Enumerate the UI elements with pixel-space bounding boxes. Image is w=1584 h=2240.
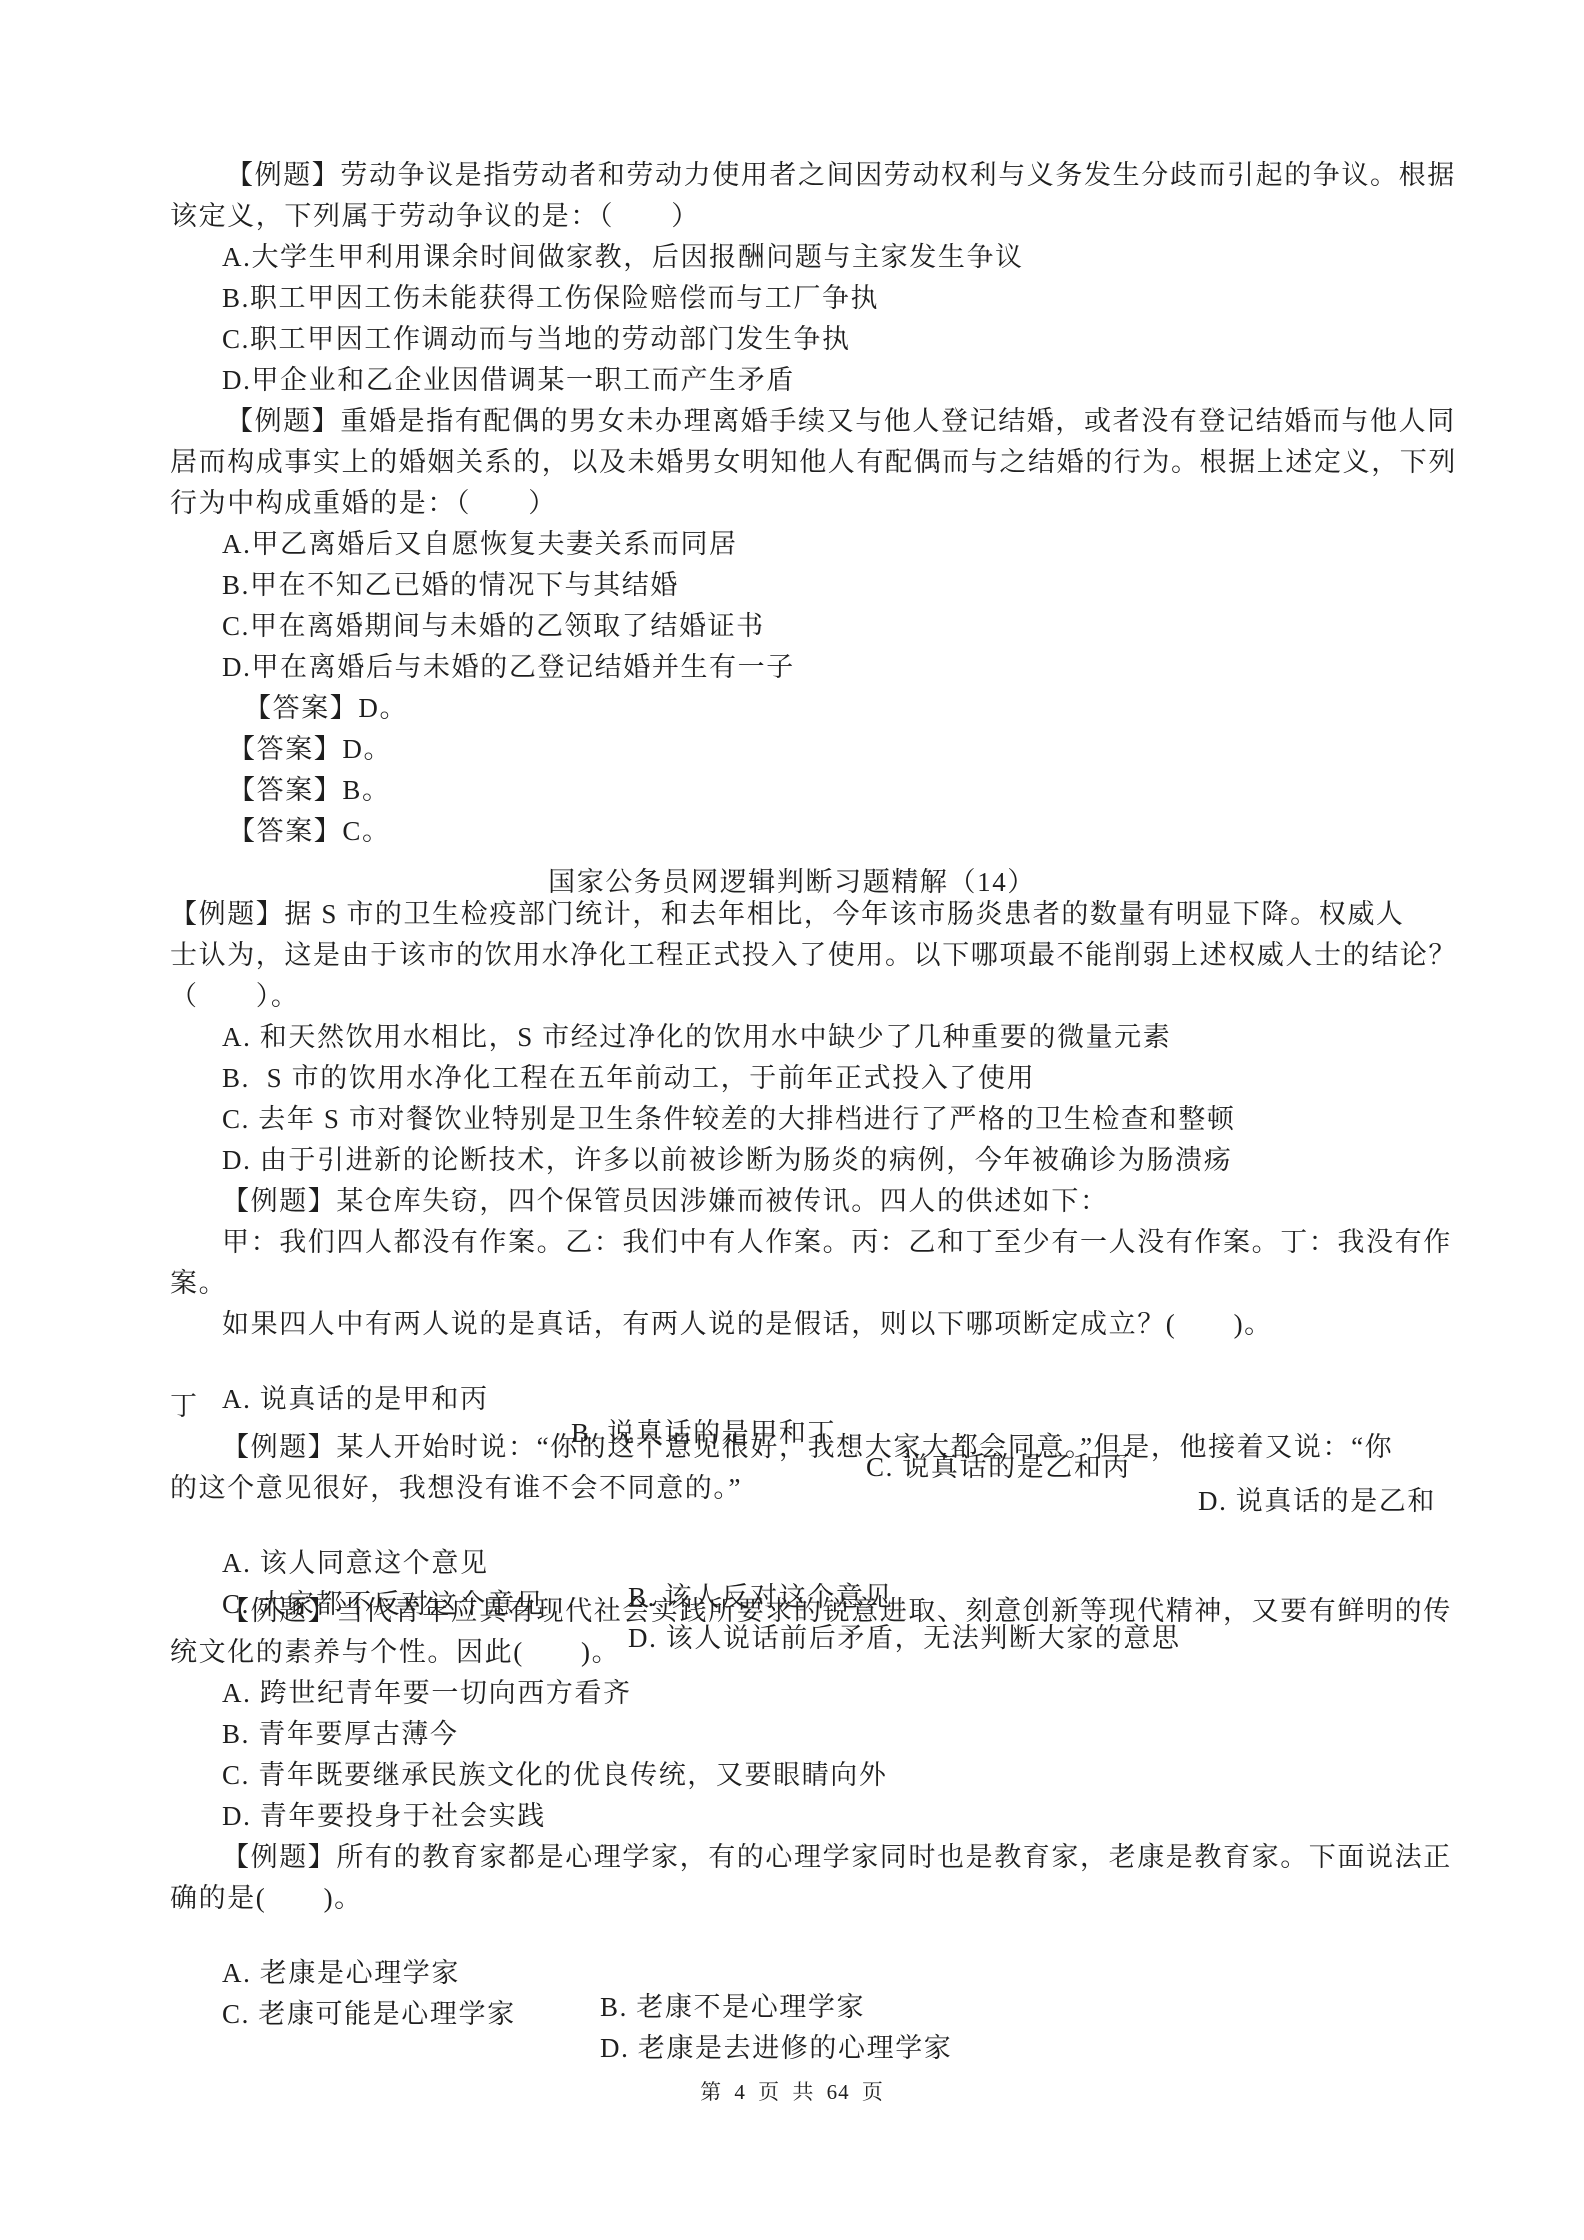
options-row: A. 老康是心理学家 B. 老康不是心理学家	[0, 1922, 1584, 1956]
options-row: A. 说真话的是甲和丙 B. 说真话的是甲和丁 C. 说真话的是乙和丙 D. 说…	[0, 1348, 1584, 1382]
option-d: D. 青年要投身于社会实践	[222, 1799, 546, 1833]
option-b: B. 青年要厚古薄今	[222, 1717, 459, 1751]
option-c: C. 青年既要继承民族文化的优良传统，又要眼睛向外	[222, 1758, 888, 1792]
options-row: C. 大家都不反对这个意见 D. 该人说话前后矛盾，无法判断大家的意思	[0, 1553, 1584, 1587]
answer-line: 【答案】D。	[244, 691, 408, 725]
option-a: A. 和天然饮用水相比，S 市经过净化的饮用水中缺少了几种重要的微量元素	[222, 1020, 1171, 1054]
option-b: B.职工甲因工伤未能获得工伤保险赔偿而与工厂争执	[222, 281, 879, 315]
option-c: C. 去年 S 市对餐饮业特别是卫生条件较差的大排档进行了严格的卫生检查和整顿	[222, 1102, 1235, 1136]
option-b: B.甲在不知乙已婚的情况下与其结婚	[222, 568, 679, 602]
question-stem-line: 【例题】当代青年应具有现代社会实践所要求的锐意进取、刻意创新等现代精神，又要有鲜…	[222, 1594, 1452, 1628]
option-d: D. 老康是去进修的心理学家	[600, 2031, 952, 2065]
question-stem-line: 【例题】所有的教育家都是心理学家，有的心理学家同时也是教育家，老康是教育家。下面…	[222, 1840, 1452, 1874]
document-page: 【例题】劳动争议是指劳动者和劳动力使用者之间因劳动权利与义务发生分歧而引起的争议…	[0, 0, 1584, 2240]
option-d: D. 由于引进新的论断技术，许多以前被诊断为肠炎的病例，今年被确诊为肠溃疡	[222, 1143, 1232, 1177]
question-stem-line: 该定义，下列属于劳动争议的是：（ ）	[170, 199, 700, 233]
question-stem-line: （ ）。	[170, 979, 300, 1013]
section-title: 国家公务员网逻辑判断习题精解（14）	[0, 865, 1584, 899]
question-stem-line: 甲：我们四人都没有作案。乙：我们中有人作案。丙：乙和丁至少有一人没有作案。丁：我…	[222, 1225, 1452, 1259]
question-stem-line: 居而构成事实上的婚姻关系的，以及未婚男女明知他人有配偶而与之结婚的行为。根据上述…	[170, 445, 1457, 479]
option-d: D.甲企业和乙企业因借调某一职工而产生矛盾	[222, 363, 795, 397]
question-stem-line: 【例题】某人开始时说：“你的这个意见很好，我想大家大都会同意。”但是，他接着又说…	[222, 1430, 1393, 1464]
option-c: C.职工甲因工作调动而与当地的劳动部门发生争执	[222, 322, 851, 356]
question-stem-line: 【例题】据 S 市的卫生检疫部门统计，和去年相比，今年该市肠炎患者的数量有明显下…	[170, 897, 1405, 931]
answer-line: 【答案】C。	[228, 814, 391, 848]
option-a: A. 说真话的是甲和丙	[222, 1382, 489, 1416]
option-a: A.甲乙离婚后又自愿恢复夫妻关系而同居	[222, 527, 738, 561]
question-stem-line: 统文化的素养与个性。因此( )。	[170, 1635, 620, 1669]
question-stem-line: 【例题】某仓库失窃，四个保管员因涉嫌而被传讯。四人的供述如下：	[222, 1184, 1109, 1218]
question-stem-line: 案。	[170, 1266, 227, 1300]
option-c: C. 老康可能是心理学家	[222, 1997, 516, 2031]
question-stem-line: 【例题】重婚是指有配偶的男女未办理离婚手续又与他人登记结婚，或者没有登记结婚而与…	[226, 404, 1456, 438]
answer-line: 【答案】D。	[228, 732, 392, 766]
option-b: B. S 市的饮用水净化工程在五年前动工，于前年正式投入了使用	[222, 1061, 1035, 1095]
options-row: A. 该人同意这个意见 B. 该人反对这个意见	[0, 1512, 1584, 1546]
options-row: C. 老康可能是心理学家 D. 老康是去进修的心理学家	[0, 1963, 1584, 1997]
question-stem-line: 行为中构成重婚的是：（ ）	[170, 486, 557, 520]
option-d: D.甲在离婚后与未婚的乙登记结婚并生有一子	[222, 650, 795, 684]
question-stem-line: 确的是( )。	[170, 1881, 363, 1915]
answer-line: 【答案】B。	[228, 773, 391, 807]
question-stem-line: 【例题】劳动争议是指劳动者和劳动力使用者之间因劳动权利与义务发生分歧而引起的争议…	[226, 158, 1456, 192]
option-c: C.甲在离婚期间与未婚的乙领取了结婚证书	[222, 609, 765, 643]
question-stem-line: 的这个意见很好，我想没有谁不会不同意的。”	[170, 1471, 742, 1505]
page-number-footer: 第 4 页 共 64 页	[0, 2077, 1584, 2107]
option-a: A. 跨世纪青年要一切向西方看齐	[222, 1676, 632, 1710]
option-a: A.大学生甲利用课余时间做家教，后因报酬问题与主家发生争议	[222, 240, 1024, 274]
question-stem-line: 士认为，这是由于该市的饮用水净化工程正式投入了使用。以下哪项最不能削弱上述权威人…	[170, 938, 1457, 972]
question-stem-line: 如果四人中有两人说的是真话，有两人说的是假话，则以下哪项断定成立？( )。	[222, 1307, 1273, 1341]
option-d-wrap: 丁	[170, 1389, 199, 1423]
